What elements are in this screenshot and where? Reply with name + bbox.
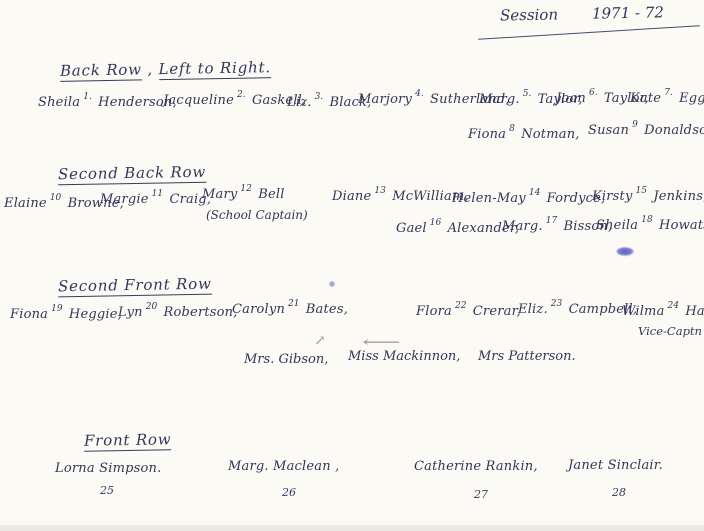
name-text: Gael: [396, 221, 427, 236]
name-text: Donaldson: [640, 123, 704, 138]
name-carolyn-bates: Carolyn21 Bates,: [232, 302, 348, 317]
position-number: 3.: [315, 92, 324, 102]
name-text: Flora: [416, 304, 452, 319]
position-number: 17: [546, 216, 557, 226]
name-catherine-rankin: Catherine Rankin,: [414, 459, 538, 474]
name-text: Carolyn: [232, 302, 285, 317]
name-text: Kate: [630, 91, 661, 106]
position-number: 2.: [237, 90, 246, 100]
name-text: Susan: [588, 123, 629, 138]
name-text: Lyn: [118, 305, 143, 320]
position-number: 4.: [415, 89, 424, 99]
name-kirsty-jenkins: Kirsty15 Jenkins,: [592, 189, 704, 204]
name-kate-eggo: Kate7. Eggo,: [630, 91, 704, 106]
position-number: 27: [474, 488, 488, 501]
name-mary-bell: Mary12 Bell: [202, 187, 285, 202]
name-text: Marg.: [502, 219, 543, 234]
teacher-miss-mackinnon: Miss Mackinnon,: [348, 349, 460, 364]
position-number: 6.: [589, 88, 598, 98]
position-number: 15: [636, 186, 647, 196]
position-number: 8: [509, 124, 515, 134]
name-text: Marg.: [479, 92, 520, 107]
name-text: Joan: [556, 91, 586, 106]
position-number: 26: [282, 486, 296, 499]
name-sheila-henderson: Sheila1. Henderson,: [38, 95, 177, 110]
name-text: Diane: [332, 189, 371, 204]
name-text: Eliz.: [518, 302, 548, 317]
teacher-mrs-gibson: Mrs. Gibson,: [244, 352, 328, 367]
vice-captain-note: Vice-Captn: [638, 324, 702, 338]
name-text: Robertson,: [159, 305, 237, 320]
scan-edge: [0, 525, 704, 531]
name-sheila-howatson: Sheila18 Howatson: [596, 218, 704, 233]
name-gael-alexander: Gael16 Alexander,: [396, 221, 519, 236]
position-number: 20: [146, 302, 157, 312]
teacher-mrs-patterson: Mrs Patterson.: [478, 349, 576, 364]
name-text: Margie: [100, 192, 149, 207]
position-number: 9: [632, 120, 638, 130]
position-number: 18: [641, 215, 652, 225]
name-text: Kirsty: [592, 189, 633, 204]
name-lyn-robertson: Lyn20 Robertson,: [118, 305, 238, 320]
name-text: Mary: [202, 187, 237, 202]
name-marg-maclean: Marg. Maclean ,: [228, 459, 339, 474]
position-number: 5.: [523, 89, 532, 99]
position-number: 21: [288, 299, 299, 309]
pencil-arrow-up-right-icon: ↗: [314, 333, 326, 349]
name-flora-crerar: Flora22 Crerar,: [416, 304, 521, 319]
name-text: Elaine: [4, 196, 47, 211]
heading-text: Second Front Row: [58, 275, 212, 298]
position-number: 14: [529, 188, 540, 198]
name-text: Sheila: [596, 218, 638, 233]
name-text: Fiona: [468, 127, 506, 142]
name-lorna-simpson: Lorna Simpson.: [55, 461, 161, 476]
name-text: Heggie,: [65, 307, 122, 322]
name-susan-donaldson: Susan9 Donaldson: [588, 123, 704, 138]
position-number: 7.: [664, 88, 673, 98]
session-label: Session: [500, 5, 558, 24]
name-text: Liz.: [287, 95, 312, 110]
name-text: Marjory: [358, 92, 412, 107]
underline-stroke: [478, 25, 700, 40]
name-text: Wilma: [622, 304, 665, 319]
position-number: 24: [668, 301, 679, 311]
name-text: Bell: [254, 187, 285, 202]
position-number: 1.: [83, 92, 92, 102]
heading-text: Second Back Row: [58, 163, 206, 186]
position-number: 12: [240, 184, 251, 194]
section-heading-front-row: Front Row: [84, 430, 172, 450]
name-text: Jenkins,: [649, 189, 704, 204]
name-text: Notman,: [517, 127, 580, 142]
heading-text: Back Row: [60, 60, 142, 81]
position-number: 28: [612, 486, 626, 499]
school-captain-note: (School Captain): [206, 208, 308, 222]
section-heading-second-back-row: Second Back Row: [58, 163, 206, 184]
position-number: 25: [100, 484, 114, 497]
name-text: Bates,: [301, 302, 348, 317]
name-text: Hay,: [681, 304, 704, 319]
heading-text: Left to Right.: [158, 58, 271, 80]
position-number: 11: [152, 189, 163, 199]
name-diane-mcwilliam: Diane13 McWilliam,: [332, 189, 469, 204]
name-janet-sinclair: Janet Sinclair.: [568, 458, 663, 473]
heading-text: Front Row: [84, 430, 172, 452]
ink-dot: [329, 281, 335, 287]
name-wilma-hay: Wilma24 Hay,: [622, 304, 704, 319]
section-heading-back-row: Back Row , Left to Right.: [60, 58, 271, 80]
name-text: Fiona: [10, 307, 48, 322]
heading-comma: ,: [147, 60, 153, 78]
session-years: 1971 - 72: [592, 3, 664, 22]
position-number: 22: [455, 301, 466, 311]
name-margie-craig: Margie11 Craig,: [100, 192, 211, 207]
name-text: Jacqueline: [163, 93, 234, 108]
position-number: 23: [551, 299, 562, 309]
name-text: Helen-May: [452, 191, 526, 206]
position-number: 16: [430, 218, 441, 228]
handwritten-note-page: Session 1971 - 72 Back Row , Left to Rig…: [0, 0, 704, 531]
name-jacqueline-gaskell: Jacqueline2. Gaskell,: [163, 93, 306, 108]
name-text: Crerar,: [468, 304, 520, 319]
name-text: Howatson: [655, 218, 704, 233]
name-helen-may-fordyce: Helen-May14 Fordyce,: [452, 191, 605, 206]
section-heading-second-front-row: Second Front Row: [58, 275, 212, 296]
position-number: 19: [51, 304, 62, 314]
name-text: Sheila: [38, 95, 80, 110]
name-text: Eggo,: [675, 91, 704, 106]
name-eliz-campbell: Eliz.23 Campbell,: [518, 302, 637, 317]
name-fiona-heggie: Fiona19 Heggie,: [10, 307, 122, 322]
position-number: 13: [374, 186, 385, 196]
position-number: 10: [50, 193, 61, 203]
ink-blot: [616, 247, 634, 256]
name-fiona-notman: Fiona8 Notman,: [468, 127, 580, 142]
